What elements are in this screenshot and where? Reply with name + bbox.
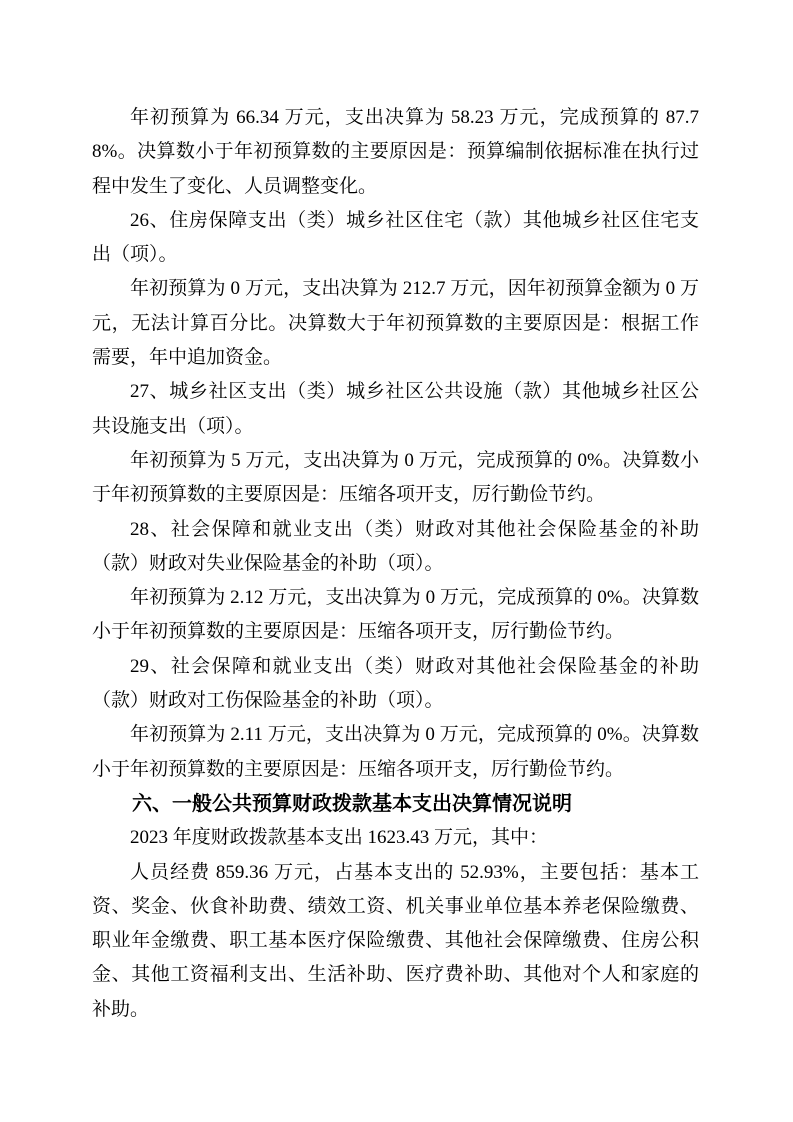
- para-personnel-expense-detail: 人员经费 859.36 万元，占基本支出的 52.93%，主要包括：基本工资、奖…: [92, 856, 699, 1027]
- para-item26-title: 26、住房保障支出（类）城乡社区住宅（款）其他城乡社区住宅支出（项）。: [92, 204, 699, 273]
- para-basic-expenditure-total: 2023 年度财政拨款基本支出 1623.43 万元，其中：: [92, 821, 699, 855]
- para-item28-figures: 年初预算为 2.12 万元，支出决算为 0 万元，完成预算的 0%。决算数小于年…: [92, 581, 699, 650]
- para-item29-title: 29、社会保障和就业支出（类）财政对其他社会保险基金的补助（款）财政对工伤保险基…: [92, 650, 699, 719]
- para-item27-figures: 年初预算为 5 万元，支出决算为 0 万元，完成预算的 0%。决算数小于年初预算…: [92, 444, 699, 513]
- para-item29-figures: 年初预算为 2.11 万元，支出决算为 0 万元，完成预算的 0%。决算数小于年…: [92, 718, 699, 787]
- document-body: 年初预算为 66.34 万元，支出决算为 58.23 万元，完成预算的 87.7…: [92, 101, 699, 1027]
- para-item28-title: 28、社会保障和就业支出（类）财政对其他社会保险基金的补助（款）财政对失业保险基…: [92, 513, 699, 582]
- para-item26-figures: 年初预算为 0 万元，支出决算为 212.7 万元，因年初预算金额为 0 万元，…: [92, 272, 699, 375]
- section-6-heading: 六、一般公共预算财政拨款基本支出决算情况说明: [92, 787, 699, 821]
- para-item27-title: 27、城乡社区支出（类）城乡社区公共设施（款）其他城乡社区公共设施支出（项）。: [92, 375, 699, 444]
- para-item25-figures: 年初预算为 66.34 万元，支出决算为 58.23 万元，完成预算的 87.7…: [92, 101, 699, 204]
- document-page: 年初预算为 66.34 万元，支出决算为 58.23 万元，完成预算的 87.7…: [0, 0, 793, 1122]
